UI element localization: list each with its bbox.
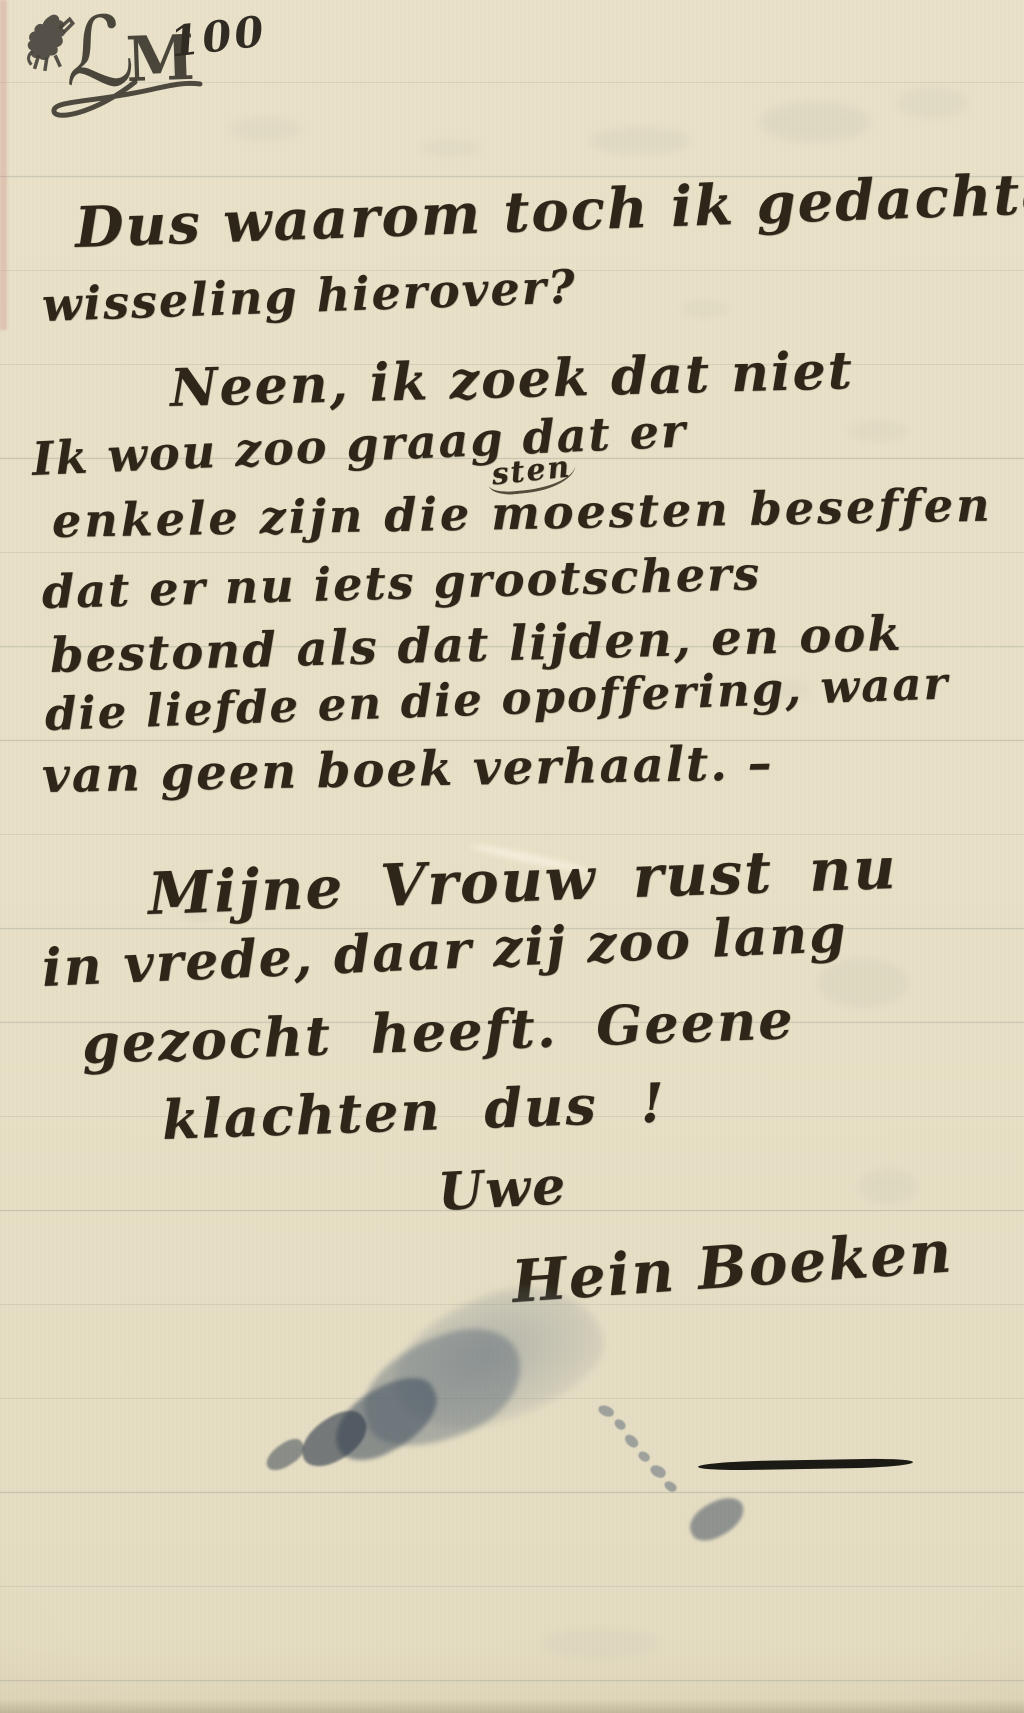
ink-blot xyxy=(322,1365,450,1472)
ink-blot-trail xyxy=(623,1432,641,1449)
ink-blot-trail xyxy=(637,1450,652,1464)
letter-line: van geen boek verhaalt. – xyxy=(42,735,774,804)
letter-page: ℒ M 100 Dus waarom toch ik gedachte wiss… xyxy=(0,0,1024,1713)
stamp-number: 100 xyxy=(167,6,269,66)
archive-stamp: ℒ M 100 xyxy=(22,4,252,124)
paper-stain xyxy=(590,128,690,154)
paper-stain xyxy=(760,102,870,142)
closing-line: Uwe xyxy=(436,1155,568,1223)
letter-line: enkele zijn die moesten beseffen xyxy=(52,478,993,548)
signature: Hein Boeken xyxy=(510,1217,956,1316)
paper-stain xyxy=(420,140,480,156)
page-bottom-shade xyxy=(0,1699,1024,1713)
letter-line: wisseling hierover? xyxy=(41,259,578,332)
letter-line: Ik wou zoo graag dat er xyxy=(31,403,688,486)
ink-blot-trail xyxy=(613,1417,628,1431)
ink-blot-trail xyxy=(597,1404,615,1419)
letter-line: klachten dus ! xyxy=(161,1070,667,1152)
paper-edge-tint xyxy=(0,0,7,330)
ink-blot xyxy=(348,1313,537,1463)
ink-blot-trail xyxy=(648,1463,667,1480)
ink-blot xyxy=(292,1403,375,1475)
letter-line: Dus waarom toch ik gedachte xyxy=(74,161,1024,261)
letter-line: Neen, ik zoek dat niet xyxy=(169,340,854,419)
paper-stain xyxy=(540,1628,660,1658)
letter-line: dat er nu iets grootschers xyxy=(41,546,761,619)
letter-line: gezocht heeft. Geene xyxy=(81,987,796,1076)
paper-stain xyxy=(680,300,730,318)
paper-stain xyxy=(858,1168,918,1204)
signature-dash xyxy=(698,1458,913,1471)
stamp-loop-flourish xyxy=(40,76,220,126)
paper-stain xyxy=(818,958,908,1008)
ink-blot-trail xyxy=(684,1491,751,1546)
paper-stain xyxy=(848,420,908,442)
ink-blot-trail xyxy=(663,1479,679,1493)
paper-stain xyxy=(898,88,968,118)
ink-blot xyxy=(261,1435,308,1476)
